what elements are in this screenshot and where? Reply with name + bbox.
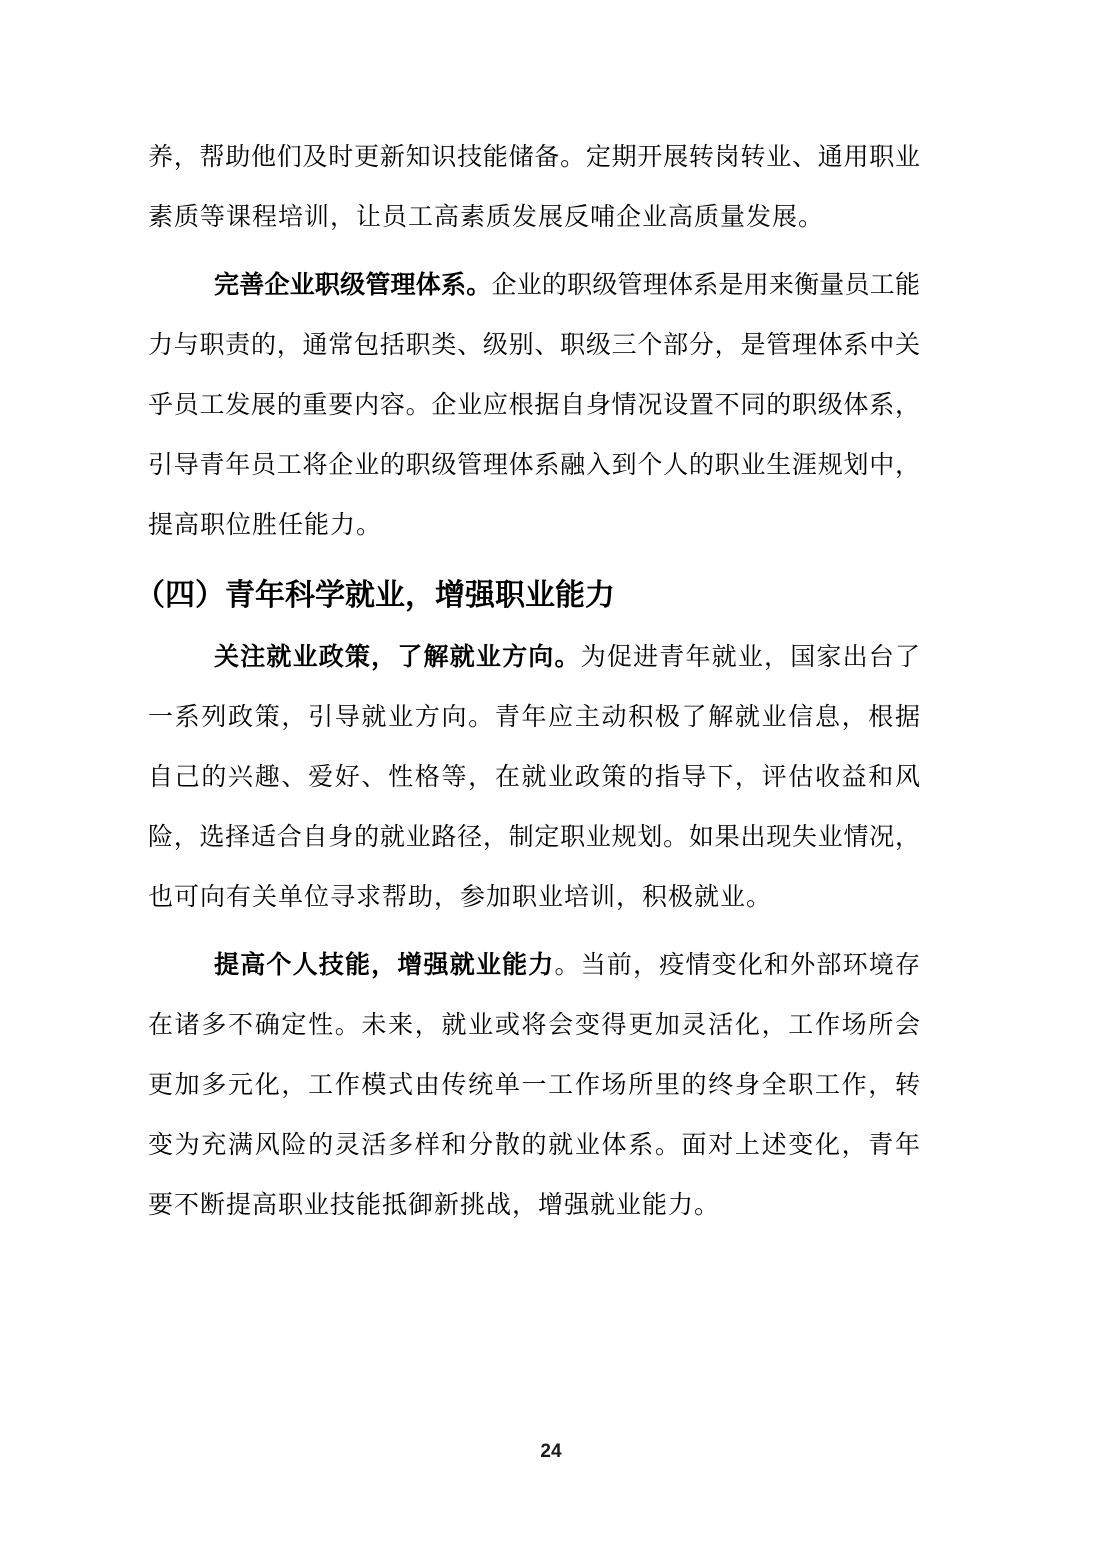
text-line: 提高职位胜任能力。 <box>148 496 920 556</box>
text-line: 养，帮助他们及时更新知识技能储备。定期开展转岗转业、通用职业 <box>148 128 920 188</box>
document-body: 养，帮助他们及时更新知识技能储备。定期开展转岗转业、通用职业素质等课程培训，让员… <box>148 128 920 1244</box>
text-line: 素质等课程培训，让员工高素质发展反哺企业高质量发展。 <box>148 188 920 248</box>
text-segment: 一系列政策，引导就业方向。青年应主动积极了解就业信息，根据 <box>148 704 920 731</box>
text-line: 险，选择适合自身的就业路径，制定职业规划。如果出现失业情况， <box>148 808 920 868</box>
text-segment: 在诸多不确定性。未来，就业或将会变得更加灵活化，工作场所会 <box>148 1012 920 1039</box>
section-heading: （四）青年科学就业，增强职业能力 <box>135 564 920 628</box>
text-segment: 引导青年员工将企业的职级管理体系融入到个人的职业生涯规划中， <box>148 452 920 479</box>
text-segment: 提高职位胜任能力。 <box>148 512 382 539</box>
text-line: 关注就业政策，了解就业方向。为促进青年就业，国家出台了 <box>148 628 920 688</box>
bold-text-segment: 关注就业政策，了解就业方向。 <box>214 644 581 671</box>
text-line: 引导青年员工将企业的职级管理体系融入到个人的职业生涯规划中， <box>148 436 920 496</box>
text-line: 完善企业职级管理体系。企业的职级管理体系是用来衡量员工能 <box>148 256 920 316</box>
text-line: 力与职责的，通常包括职类、级别、职级三个部分，是管理体系中关 <box>148 316 920 376</box>
paragraph: 养，帮助他们及时更新知识技能储备。定期开展转岗转业、通用职业素质等课程培训，让员… <box>148 128 920 248</box>
text-segment: 力与职责的，通常包括职类、级别、职级三个部分，是管理体系中关 <box>148 332 920 359</box>
paragraph: 提高个人技能，增强就业能力。当前，疫情变化和外部环境存在诸多不确定性。未来，就业… <box>148 936 920 1236</box>
document-page: 养，帮助他们及时更新知识技能储备。定期开展转岗转业、通用职业素质等课程培训，让员… <box>0 0 1102 1559</box>
text-segment: 。当前，疫情变化和外部环境存 <box>555 952 921 979</box>
text-line: 乎员工发展的重要内容。企业应根据自身情况设置不同的职级体系， <box>148 376 920 436</box>
text-line: 提高个人技能，增强就业能力。当前，疫情变化和外部环境存 <box>148 936 920 996</box>
text-line: 一系列政策，引导就业方向。青年应主动积极了解就业信息，根据 <box>148 688 920 748</box>
paragraph: 关注就业政策，了解就业方向。为促进青年就业，国家出台了一系列政策，引导就业方向。… <box>148 628 920 928</box>
page-number: 24 <box>0 1441 1102 1463</box>
text-segment: 也可向有关单位寻求帮助，参加职业培训，积极就业。 <box>148 884 772 911</box>
text-segment: 为促进青年就业，国家出台了 <box>581 644 920 671</box>
text-segment: 要不断提高职业技能抵御新挑战，增强就业能力。 <box>148 1192 720 1219</box>
text-line: 在诸多不确定性。未来，就业或将会变得更加灵活化，工作场所会 <box>148 996 920 1056</box>
text-segment: 自己的兴趣、爱好、性格等，在就业政策的指导下，评估收益和风 <box>148 764 920 791</box>
text-segment: 养，帮助他们及时更新知识技能储备。定期开展转岗转业、通用职业 <box>148 144 920 171</box>
text-line: 变为充满风险的灵活多样和分散的就业体系。面对上述变化，青年 <box>148 1116 920 1176</box>
text-segment: 变为充满风险的灵活多样和分散的就业体系。面对上述变化，青年 <box>148 1132 920 1159</box>
bold-text-segment: 提高个人技能，增强就业能力 <box>214 952 555 979</box>
text-segment: 素质等课程培训，让员工高素质发展反哺企业高质量发展。 <box>148 204 824 231</box>
text-segment: 险，选择适合自身的就业路径，制定职业规划。如果出现失业情况， <box>148 824 920 851</box>
text-segment: 更加多元化，工作模式由传统单一工作场所里的终身全职工作，转 <box>148 1072 920 1099</box>
text-line: 更加多元化，工作模式由传统单一工作场所里的终身全职工作，转 <box>148 1056 920 1116</box>
text-segment: 乎员工发展的重要内容。企业应根据自身情况设置不同的职级体系， <box>148 392 920 419</box>
text-line: 也可向有关单位寻求帮助，参加职业培训，积极就业。 <box>148 868 920 928</box>
paragraph: 完善企业职级管理体系。企业的职级管理体系是用来衡量员工能力与职责的，通常包括职类… <box>148 256 920 556</box>
text-line: 自己的兴趣、爱好、性格等，在就业政策的指导下，评估收益和风 <box>148 748 920 808</box>
bold-text-segment: 完善企业职级管理体系。 <box>214 272 491 299</box>
text-segment: 企业的职级管理体系是用来衡量员工能 <box>491 272 920 299</box>
text-line: 要不断提高职业技能抵御新挑战，增强就业能力。 <box>148 1176 920 1236</box>
